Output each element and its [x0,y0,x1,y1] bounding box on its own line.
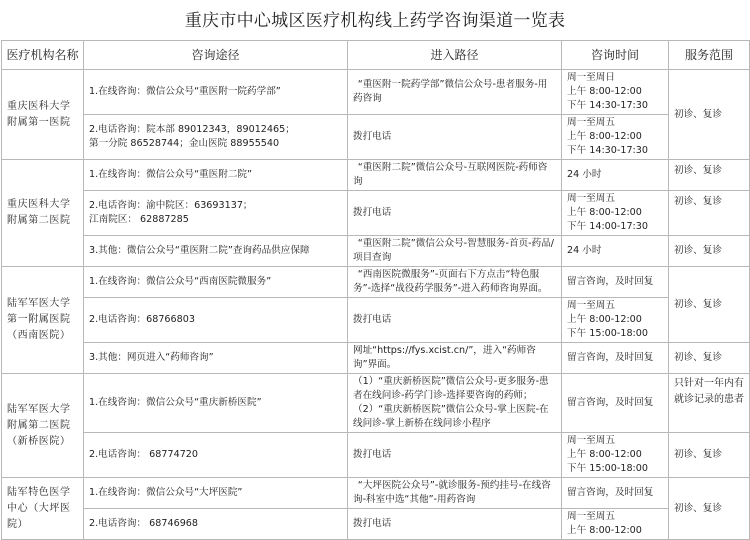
time-cell: 周一至周五上午 8:00-12:00 [562,509,669,531]
header-method: 咨询途径 [84,41,348,70]
header-path: 进入路径 [348,41,562,70]
time-cell: 周一至周五上午 8:00-12:00下午 15:00-18:00 [562,433,669,478]
table-row: 重庆医科大学附属第二医院 1.在线咨询：微信公众号“重医附二院” “重医附二院”… [2,160,750,191]
method-cell: 1.在线咨询：微信公众号“重医附二院” [84,160,348,191]
org-name: 陆军军医大学附属第二医院（新桥医院） [2,374,84,478]
scope-cell: 初诊、复诊 [669,433,750,478]
path-cell: “西南医院微服务”-页面右下方点击“特色服务”-选择“战役药学服务”-进入药师咨… [348,267,562,298]
scope-cell: 初诊、复诊 [669,267,750,343]
method-cell: 3.其他：网页进入“药师咨询” [84,343,348,374]
header-row: 医疗机构名称 咨询途径 进入路径 咨询时间 服务范围 [2,41,750,70]
path-cell: 拨打电话 [348,433,562,478]
path-cell: “大坪医院公众号”-就诊服务-预约挂号-在线咨询-科室中选“其他”-用药咨询 [348,478,562,509]
time-cell: 周一至周五上午 8:00-12:00下午 15:00-18:00 [562,298,669,343]
time-cell: 留言咨询，及时回复 [562,267,669,298]
table-row: 陆军军医大学第一附属医院（西南医院） 1.在线咨询：微信公众号“西南医院微服务”… [2,267,750,298]
path-cell: 拨打电话 [348,115,562,160]
scope-cell: 只针对一年内有就诊记录的患者 [669,374,750,433]
time-cell: 24 小时 [562,236,669,267]
table-row: 陆军特色医学中心（大坪医院） 1.在线咨询：微信公众号“大坪医院” “大坪医院公… [2,478,750,509]
page-title: 重庆市中心城区医疗机构线上药学咨询渠道一览表 [0,6,750,31]
method-cell: 2.电话咨询： 68746968 [84,509,348,531]
scope-cell: 初诊、复诊 [669,160,750,191]
method-cell: 3.其他：微信公众号“重医附二院”查询药品供应保障 [84,236,348,267]
table-row: 2.电话咨询：院本部 89012343，89012465；第一分院 865287… [2,115,750,160]
path-cell: 拨打电话 [348,509,562,531]
header-time: 咨询时间 [562,41,669,70]
org-name: 重庆医科大学附属第一医院 [2,70,84,160]
method-cell: 1.在线咨询：微信公众号“西南医院微服务” [84,267,348,298]
method-cell: 2.电话咨询： 68774720 [84,433,348,478]
table-row: 2.电话咨询： 68774720 拨打电话 周一至周五上午 8:00-12:00… [2,433,750,478]
time-cell: 24 小时 [562,160,669,191]
method-cell: 2.电话咨询：渝中院区：63693137；江南院区： 62887285 [84,191,348,236]
path-cell: 网址“https://fys.xcist.cn/”，进入“药师咨询”界面。 [348,343,562,374]
time-cell: 留言咨询，及时回复 [562,343,669,374]
method-cell: 2.电话咨询：68766803 [84,298,348,343]
path-cell: “重医附一院药学部”微信公众号-患者服务-用药咨询 [348,70,562,115]
header-scope: 服务范围 [669,41,750,70]
path-cell: 拨打电话 [348,298,562,343]
time-cell: 周一至周五上午 8:00-12:00下午 14:00-17:30 [562,191,669,236]
scope-cell: 初诊、复诊 [669,191,750,236]
org-name: 陆军特色医学中心（大坪医院） [2,478,84,531]
path-cell: “重医附二院”微信公众号-智慧服务-首页-药品/项目查询 [348,236,562,267]
scope-cell: 初诊、复诊 [669,236,750,267]
time-cell: 留言咨询，及时回复 [562,374,669,433]
consultation-table: 医疗机构名称 咨询途径 进入路径 咨询时间 服务范围 重庆医科大学附属第一医院 … [1,40,750,530]
table-row: 陆军军医大学附属第二医院（新桥医院） 1.在线咨询：微信公众号“重庆新桥医院” … [2,374,750,433]
method-cell: 1.在线咨询：微信公众号“重庆新桥医院” [84,374,348,433]
table-row: 2.电话咨询： 68746968 拨打电话 周一至周五上午 8:00-12:00 [2,509,750,531]
table-row: 重庆医科大学附属第一医院 1.在线咨询：微信公众号“重医附一院药学部” “重医附… [2,70,750,115]
header-org: 医疗机构名称 [2,41,84,70]
scope-cell: 初诊、复诊 [669,343,750,374]
org-name: 重庆医科大学附属第二医院 [2,160,84,267]
org-name: 陆军军医大学第一附属医院（西南医院） [2,267,84,374]
table-row: 2.电话咨询：渝中院区：63693137；江南院区： 62887285 拨打电话… [2,191,750,236]
scope-cell: 初诊、复诊 [669,70,750,160]
time-cell: 周一至周五上午 8:00-12:00下午 14:30-17:30 [562,115,669,160]
table-row: 3.其他：微信公众号“重医附二院”查询药品供应保障 “重医附二院”微信公众号-智… [2,236,750,267]
table-row: 3.其他：网页进入“药师咨询” 网址“https://fys.xcist.cn/… [2,343,750,374]
time-cell: 留言咨询，及时回复 [562,478,669,509]
method-cell: 1.在线咨询：微信公众号“大坪医院” [84,478,348,509]
method-cell: 2.电话咨询：院本部 89012343，89012465；第一分院 865287… [84,115,348,160]
table-row: 2.电话咨询：68766803 拨打电话 周一至周五上午 8:00-12:00下… [2,298,750,343]
scope-cell: 初诊、复诊 [669,478,750,531]
path-cell: 拨打电话 [348,191,562,236]
method-cell: 1.在线咨询：微信公众号“重医附一院药学部” [84,70,348,115]
time-cell: 周一至周日上午 8:00-12:00下午 14:30-17:30 [562,70,669,115]
path-cell: （1）“重庆新桥医院”微信公众号-更多服务-患者在线问诊-药学门诊-选择要咨询的… [348,374,562,433]
path-cell: “重医附二院”微信公众号-互联网医院-药师咨询 [348,160,562,191]
